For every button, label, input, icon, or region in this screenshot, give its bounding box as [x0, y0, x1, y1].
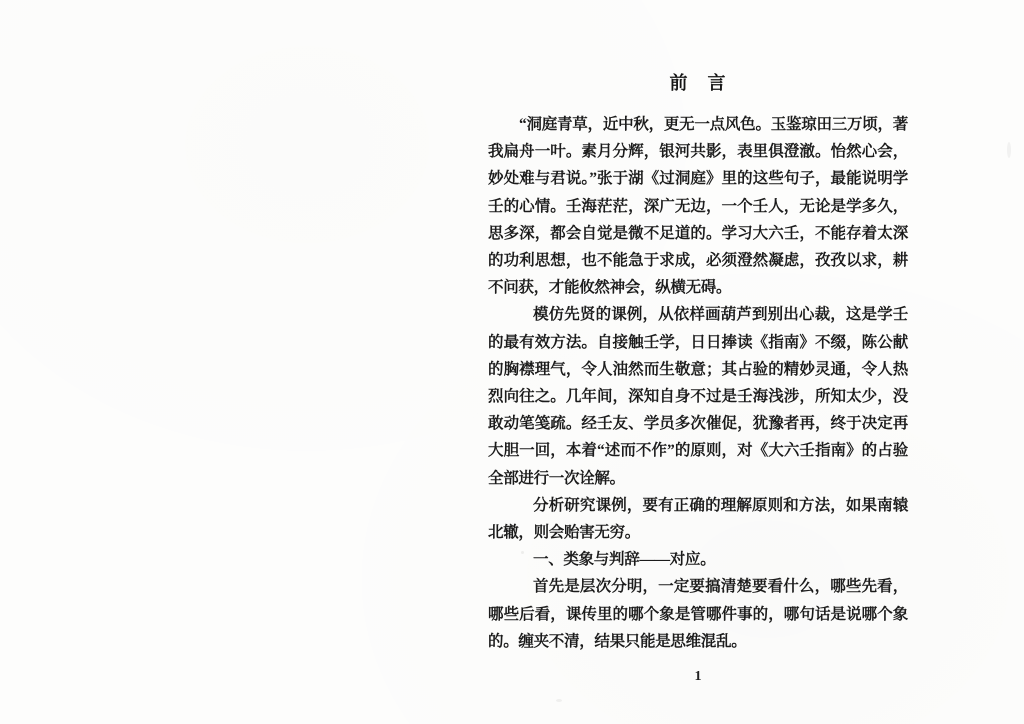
- paragraph-method: 模仿先贤的课例，从依样画葫芦到别出心裁，这是学壬的最有效方法。自接触壬学，日日捧…: [488, 301, 908, 491]
- paragraph-levels: 首先是层次分明，一定要搞清楚要看什么，哪些先看，哪些后看，课传里的哪个象是管哪件…: [488, 573, 908, 655]
- text-column: 前 言 “洞庭青草，近中秋，更无一点风色。玉鉴琼田三万顷，著我扁舟一叶。素月分辉…: [488, 70, 908, 685]
- book-page: 前 言 “洞庭青草，近中秋，更无一点风色。玉鉴琼田三万顷，著我扁舟一叶。素月分辉…: [0, 0, 1024, 724]
- page-number: 1: [488, 669, 908, 685]
- paragraph-intro-quote: “洞庭青草，近中秋，更无一点风色。玉鉴琼田三万顷，著我扁舟一叶。素月分辉，银河共…: [488, 111, 908, 301]
- paragraph-analysis: 分析研究课例，要有正确的理解原则和方法，如果南辕北辙，则会贻害无穷。: [488, 492, 908, 546]
- section-heading: 一、类象与判辞——对应。: [488, 546, 908, 573]
- scan-speckle: [1007, 142, 1011, 158]
- scan-speckle: [521, 551, 524, 554]
- scan-speckle: [556, 699, 562, 702]
- page-title: 前 言: [488, 70, 908, 97]
